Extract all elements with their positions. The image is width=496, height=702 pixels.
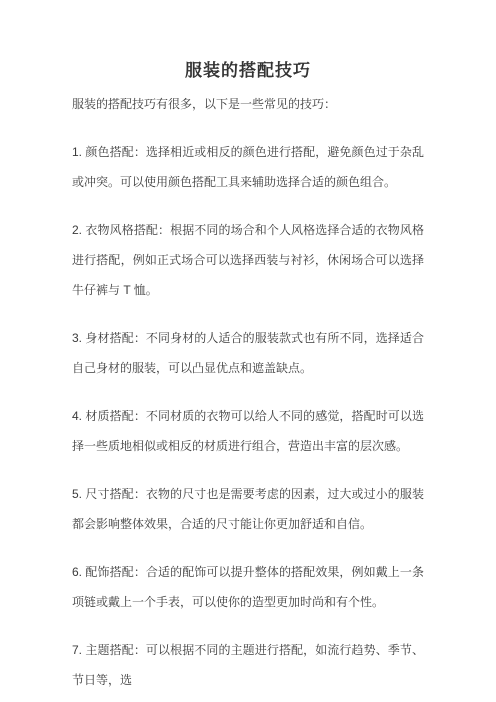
document-title: 服装的搭配技巧 [72, 57, 424, 85]
tip-paragraph-1: 1. 颜色搭配：选择相近或相反的颜色进行搭配，避免颜色过于杂乱或冲突。可以使用颜… [72, 137, 424, 197]
document-page: 服装的搭配技巧 服装的搭配技巧有很多，以下是一些常见的技巧： 1. 颜色搭配：选… [0, 0, 496, 702]
tip-paragraph-7: 7. 主题搭配：可以根据不同的主题进行搭配，如流行趋势、季节、节日等，选 [72, 635, 424, 695]
tip-paragraph-5: 5. 尺寸搭配：衣物的尺寸也是需要考虑的因素，过大或过小的服装都会影响整体效果，… [72, 479, 424, 539]
tip-paragraph-4: 4. 材质搭配：不同材质的衣物可以给人不同的感觉，搭配时可以选择一些质地相似或相… [72, 401, 424, 461]
intro-paragraph: 服装的搭配技巧有很多，以下是一些常见的技巧： [72, 89, 424, 119]
tip-paragraph-3: 3. 身材搭配：不同身材的人适合的服装款式也有所不同，选择适合自己身材的服装，可… [72, 323, 424, 383]
tip-paragraph-6: 6. 配饰搭配：合适的配饰可以提升整体的搭配效果，例如戴上一条项链或戴上一个手表… [72, 557, 424, 617]
tip-paragraph-2: 2. 衣物风格搭配：根据不同的场合和个人风格选择合适的衣物风格进行搭配，例如正式… [72, 215, 424, 305]
